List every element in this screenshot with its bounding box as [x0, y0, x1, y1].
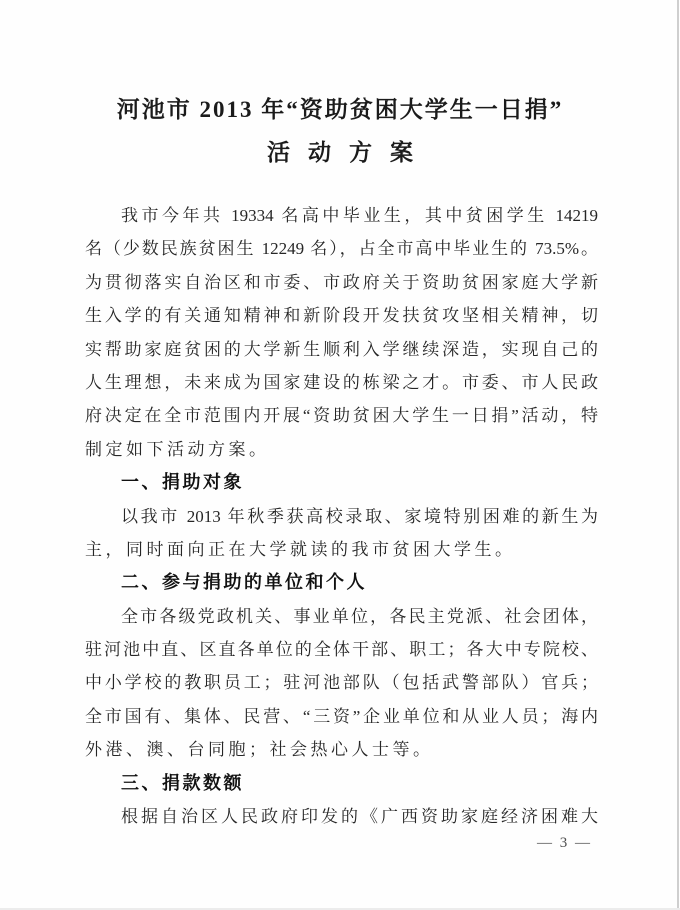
- document-text-line: 驻河池中直、区直各单位的全体干部、职工；各大中专院校、: [85, 633, 598, 666]
- document-text-line: 我市今年共 19334 名高中毕业生，其中贫困学生 14219: [85, 199, 598, 232]
- document-text-line: 以我市 2013 年秋季获高校录取、家境特别困难的新生为: [85, 500, 598, 533]
- document-text-line: 中小学校的教职员工；驻河池部队（包括武警部队）官兵；: [85, 666, 598, 699]
- document-text-line: 全市各级党政机关、事业单位，各民主党派、社会团体，: [85, 600, 598, 633]
- document-text-line: 外港、澳、台同胞；社会热心人士等。: [85, 733, 598, 766]
- document-text-line: 府决定在全市范围内开展“资助贫困大学生一日捐”活动，特: [85, 399, 598, 432]
- document-text-line: 全市国有、集体、民营、“三资”企业单位和从业人员；海内: [85, 700, 598, 733]
- page-number: — 3 —: [537, 835, 592, 852]
- document-text-line: 一、捐助对象: [85, 466, 598, 499]
- document-title-line2: 活动方案: [0, 137, 680, 168]
- document-text-line: 生入学的有关通知精神和新阶段开发扶贫攻坚相关精神，切: [85, 299, 598, 332]
- document-title-line1: 河池市 2013 年“资助贫困大学生一日捐”: [0, 94, 680, 125]
- document-text-line: 实帮助家庭贫困的大学新生顺利入学继续深造，实现自己的: [85, 333, 598, 366]
- document-text-line: 主，同时面向正在大学就读的我市贫困大学生。: [85, 533, 598, 566]
- document-text-line: 名（少数民族贫困生 12249 名），占全市高中毕业生的 73.5%。: [85, 232, 598, 265]
- document-text-line: 为贯彻落实自治区和市委、市政府关于资助贫困家庭大学新: [85, 266, 598, 299]
- document-text-line: 三、捐款数额: [85, 767, 598, 800]
- document-text-line: 二、参与捐助的单位和个人: [85, 566, 598, 599]
- document-page: 河池市 2013 年“资助贫困大学生一日捐” 活动方案 我市今年共 19334 …: [0, 0, 680, 910]
- document-text-line: 制定如下活动方案。: [85, 433, 598, 466]
- document-text-line: 根据自治区人民政府印发的《广西资助家庭经济困难大: [85, 800, 598, 833]
- scan-edge-right-line: [677, 0, 679, 910]
- document-body: 我市今年共 19334 名高中毕业生，其中贫困学生 14219名（少数民族贫困生…: [85, 199, 598, 833]
- document-text-line: 人生理想，未来成为国家建设的栋梁之才。市委、市人民政: [85, 366, 598, 399]
- document-title: 河池市 2013 年“资助贫困大学生一日捐” 活动方案: [0, 94, 680, 168]
